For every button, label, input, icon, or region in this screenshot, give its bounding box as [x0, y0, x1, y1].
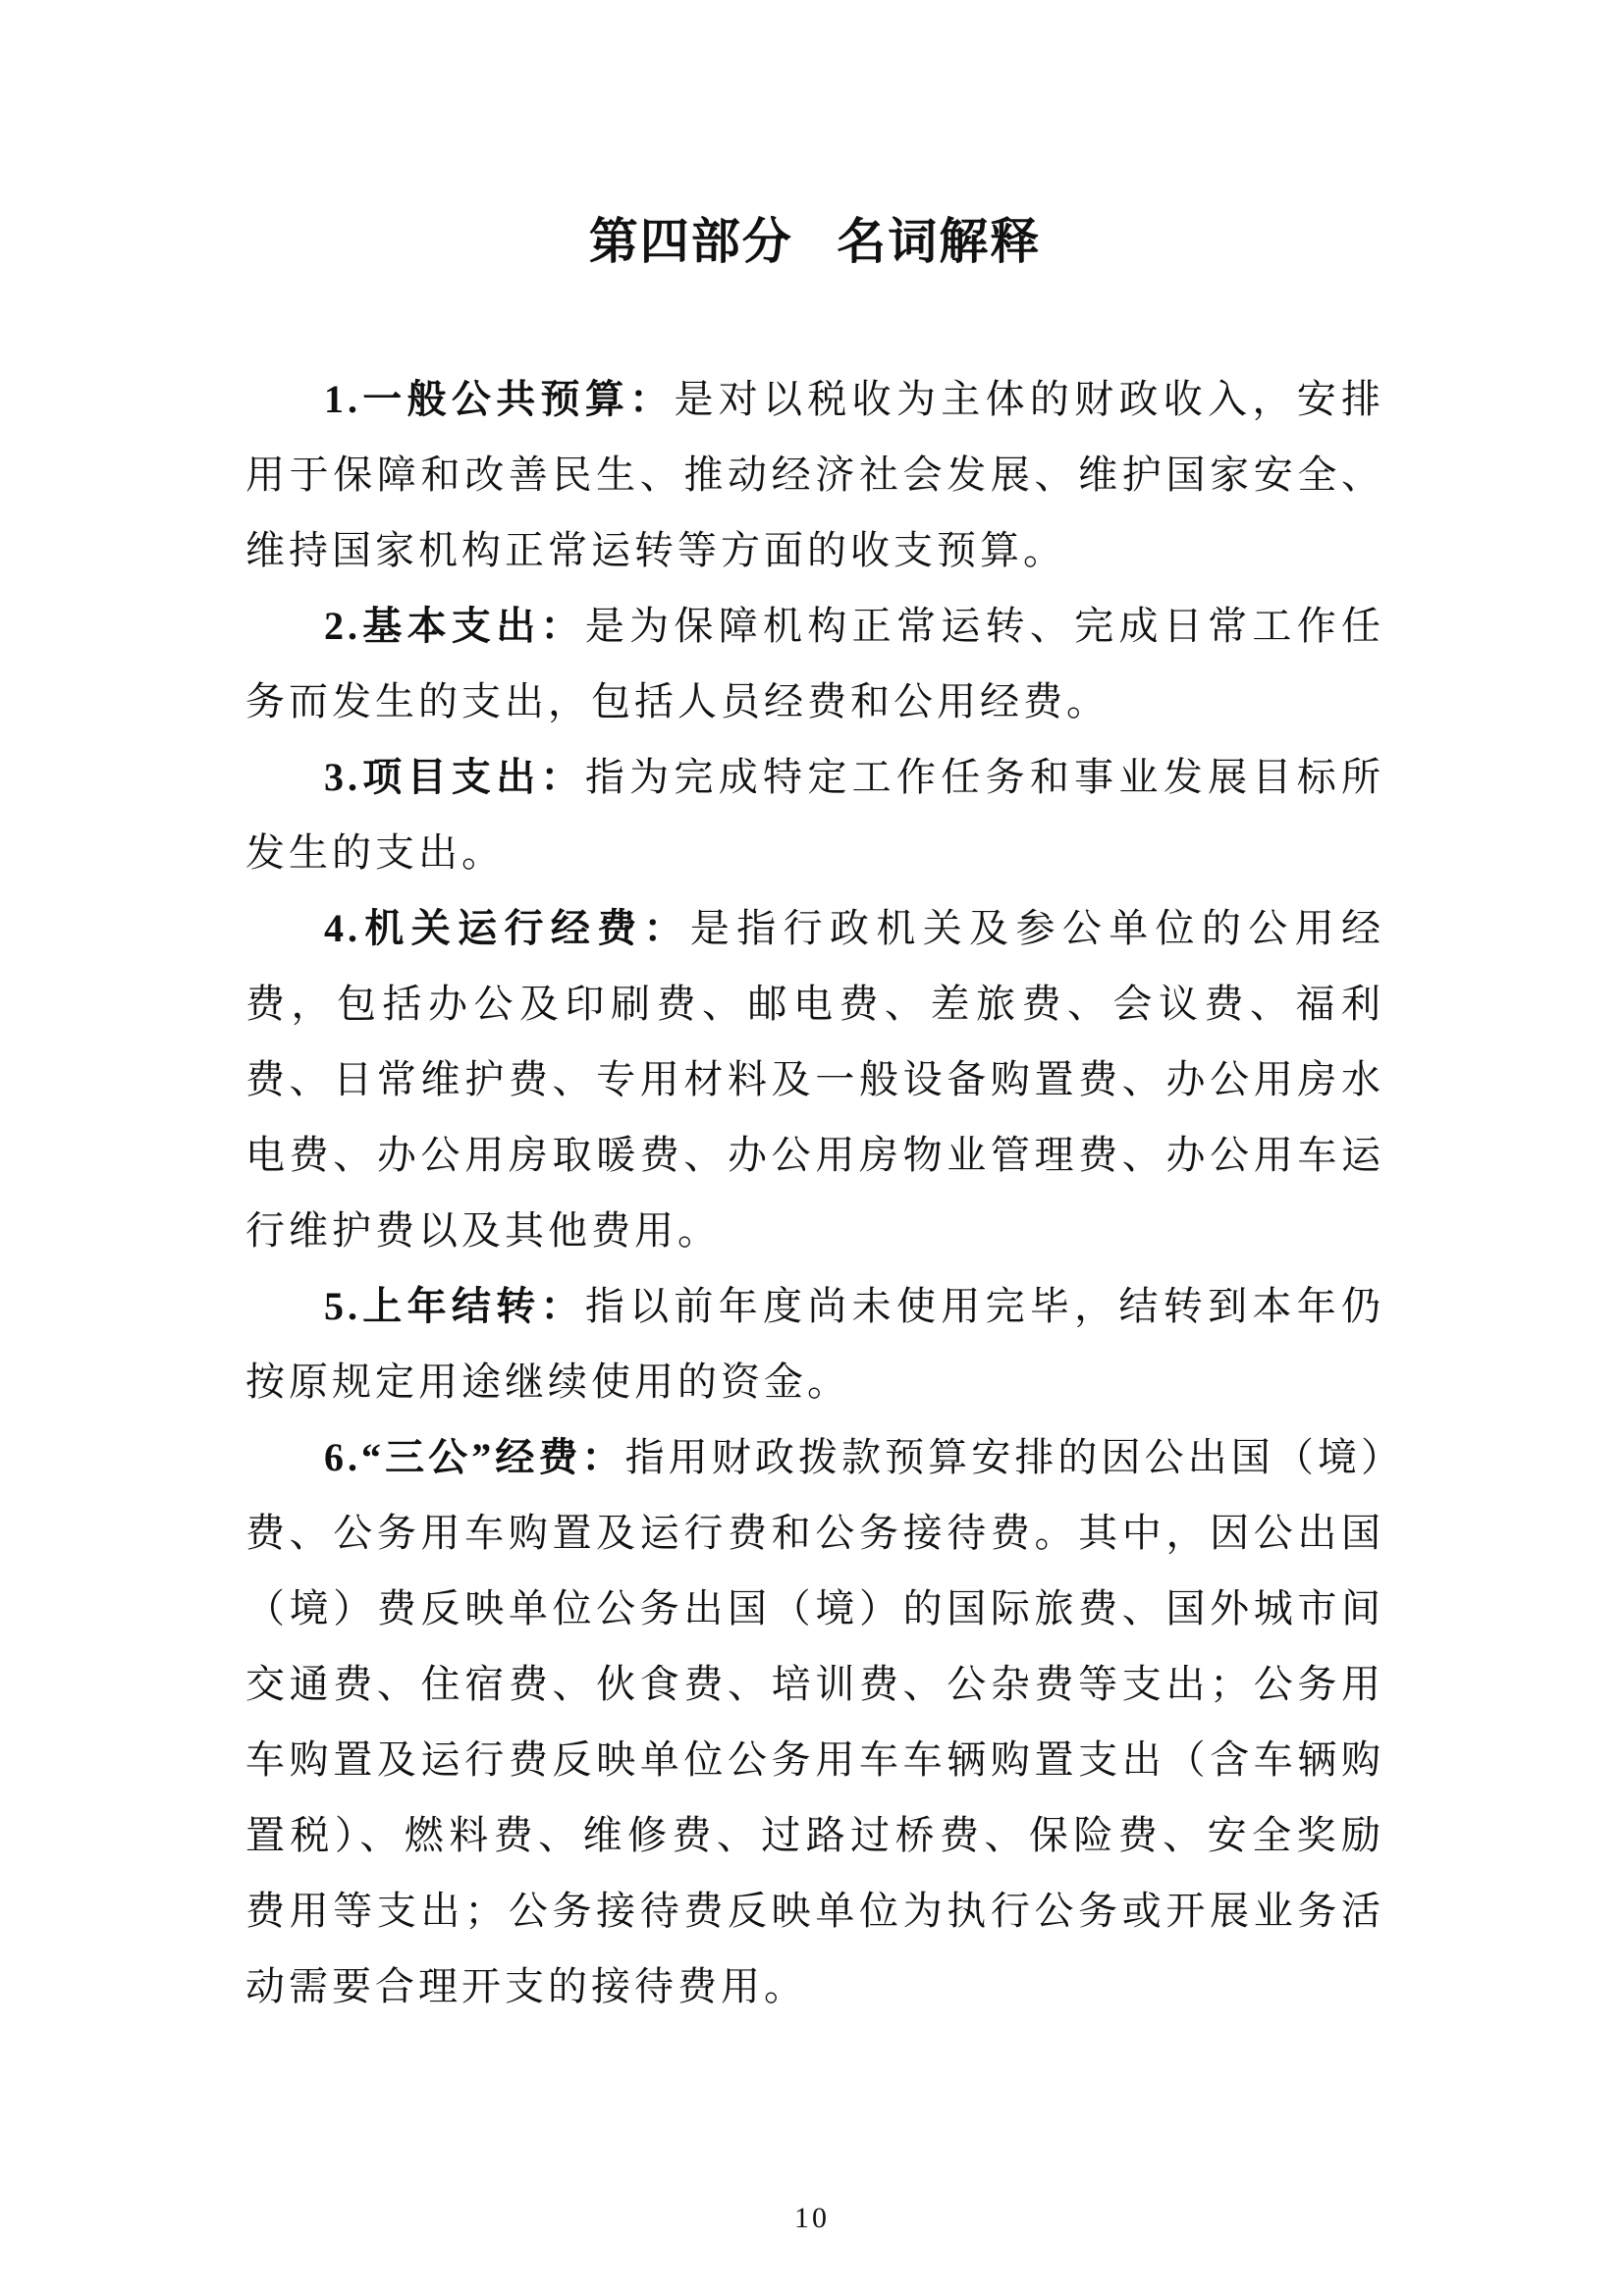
- definition-paragraph-4: 4.机关运行经费：是指行政机关及参公单位的公用经费，包括办公及印刷费、邮电费、差…: [245, 890, 1384, 1268]
- term-label-6: 6.“三公”经费：: [324, 1435, 625, 1479]
- definition-paragraph-5: 5.上年结转：指以前年度尚未使用完毕，结转到本年仍按原规定用途继续使用的资金。: [245, 1268, 1384, 1419]
- definition-paragraph-3: 3.项目支出：指为完成特定工作任务和事业发展目标所发生的支出。: [245, 739, 1384, 890]
- term-label-3: 3.项目支出：: [324, 755, 585, 799]
- term-label-4: 4.机关运行经费：: [324, 906, 690, 950]
- term-definition-4: 是指行政机关及参公单位的公用经费，包括办公及印刷费、邮电费、差旅费、会议费、福利…: [245, 906, 1384, 1253]
- definition-paragraph-1: 1.一般公共预算：是对以税收为主体的财政收入，安排用于保障和改善民生、推动经济社…: [245, 361, 1384, 588]
- term-label-1: 1.一般公共预算：: [324, 377, 674, 421]
- document-page: 第四部分 名词解释 1.一般公共预算：是对以税收为主体的财政收入，安排用于保障和…: [0, 0, 1624, 2296]
- definition-paragraph-6: 6.“三公”经费：指用财政拨款预算安排的因公出国（境）费、公务用车购置及运行费和…: [245, 1419, 1384, 2024]
- definition-paragraph-2: 2.基本支出：是为保障机构正常运转、完成日常工作任务而发生的支出，包括人员经费和…: [245, 588, 1384, 739]
- term-label-5: 5.上年结转：: [324, 1284, 585, 1328]
- term-definition-6: 指用财政拨款预算安排的因公出国（境）费、公务用车购置及运行费和公务接待费。其中，…: [245, 1435, 1384, 2008]
- term-label-2: 2.基本支出：: [324, 604, 585, 648]
- page-number: 10: [0, 2202, 1624, 2235]
- document-body: 1.一般公共预算：是对以税收为主体的财政收入，安排用于保障和改善民生、推动经济社…: [245, 361, 1384, 2024]
- page-title: 第四部分 名词解释: [245, 216, 1384, 267]
